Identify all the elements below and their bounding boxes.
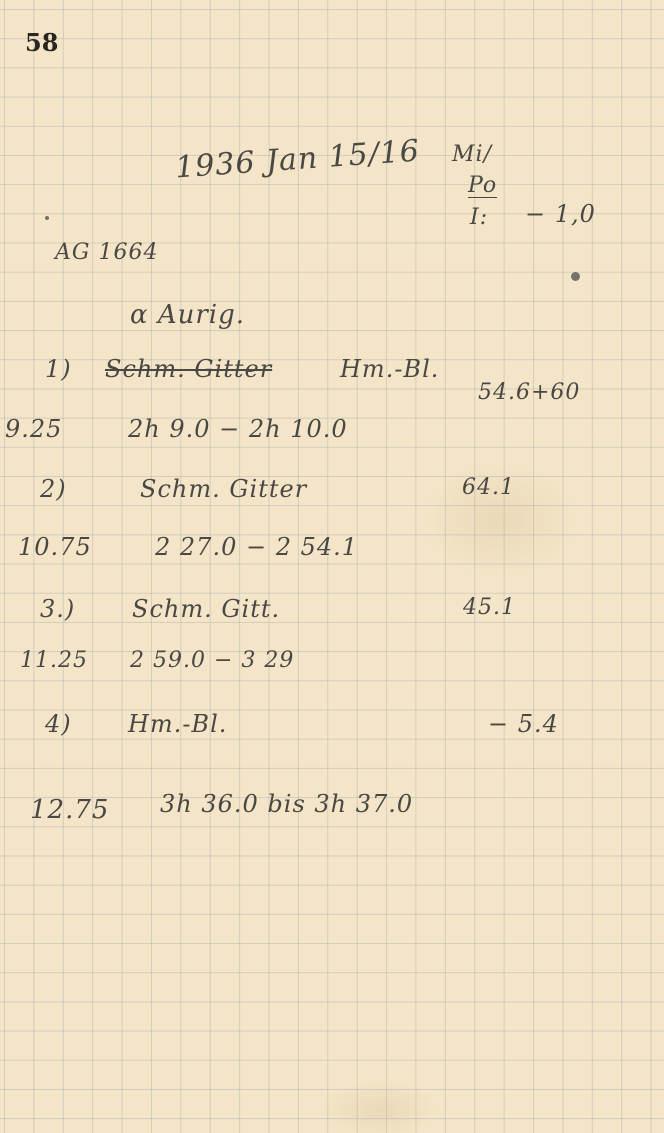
entry-label-struck: Schm. Gitter <box>105 355 272 383</box>
entry-index: 3.) <box>40 595 75 623</box>
entry-value: 64.1 <box>462 475 515 500</box>
entry-range: 3h 36.0 bis 3h 37.0 <box>160 790 413 818</box>
correction-value: − 1,0 <box>525 200 596 228</box>
entry-time: 11.25 <box>20 648 88 673</box>
entry-index: 1) <box>45 355 72 383</box>
notebook-page: 58 1936 Jan 15/16 Mi/ Po I: − 1,0 AG 166… <box>0 0 664 1133</box>
catalog-number: AG 1664 <box>55 240 158 265</box>
entry-time: 9.25 <box>5 415 62 443</box>
observer-initials-mid: Po <box>468 175 497 198</box>
entry-label: Hm.-Bl. <box>340 355 439 383</box>
observer-initials-bottom: I: <box>470 205 488 230</box>
entry-range: 2 59.0 − 3 29 <box>130 648 294 673</box>
observation-date: 1936 Jan 15/16 <box>174 133 421 185</box>
ink-dot <box>45 216 49 220</box>
entry-label: Schm. Gitter <box>140 475 307 503</box>
entry-time: 10.75 <box>18 533 92 561</box>
entry-label: Schm. Gitt. <box>132 595 280 623</box>
ink-blot <box>571 272 580 281</box>
star-name: α Aurig. <box>130 300 245 330</box>
entry-time: 12.75 <box>30 795 109 825</box>
entry-range: 2 27.0 − 2 54.1 <box>155 533 358 561</box>
entry-index: 4) <box>45 710 72 738</box>
entry-label: Hm.-Bl. <box>128 710 227 738</box>
entry-range: 2h 9.0 − 2h 10.0 <box>128 415 348 443</box>
paper-stain <box>320 1080 440 1133</box>
page-number: 58 <box>25 28 58 57</box>
entry-index: 2) <box>40 475 67 503</box>
entry-value: 54.6+60 <box>478 380 580 405</box>
observer-initials-top: Mi/ <box>452 142 492 167</box>
entry-value: 45.1 <box>463 595 516 620</box>
entry-value: − 5.4 <box>488 710 559 738</box>
